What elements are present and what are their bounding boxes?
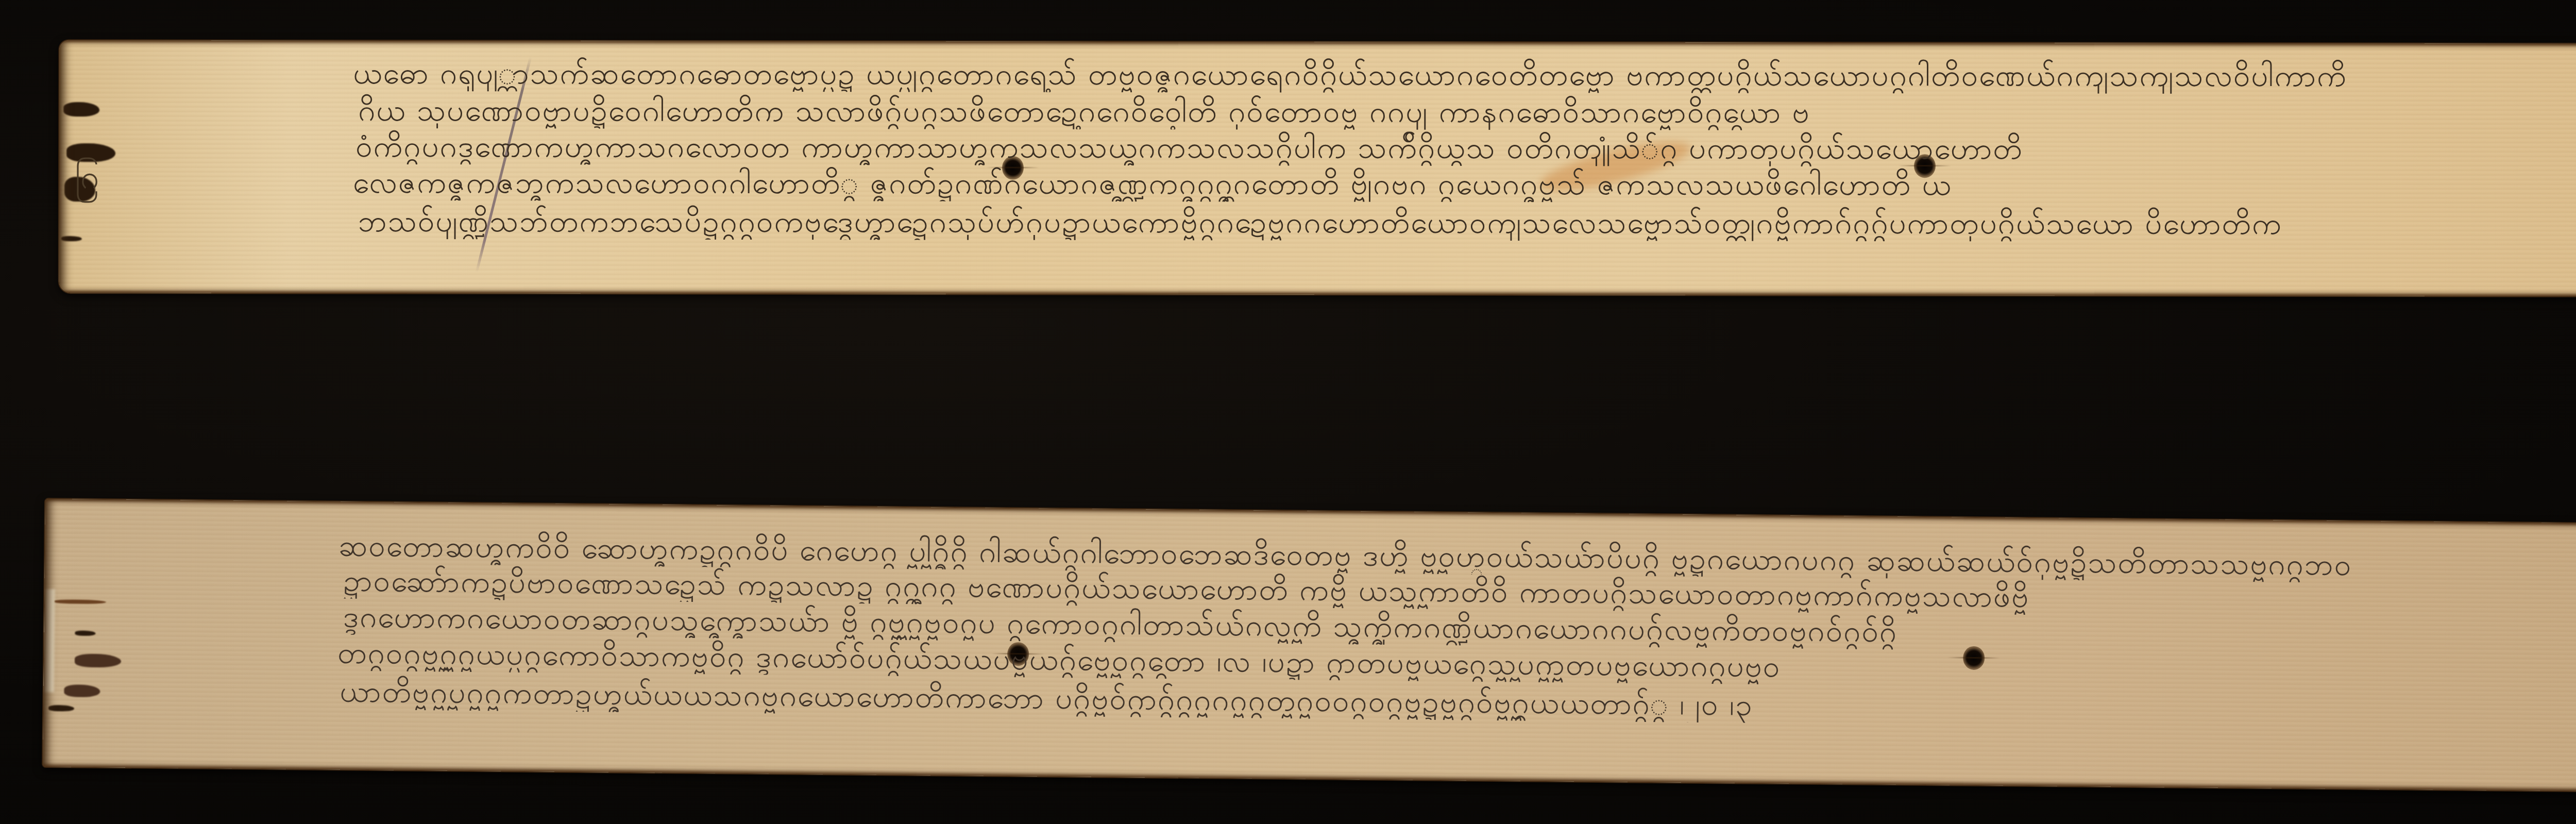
edge-damage xyxy=(64,684,100,697)
edge-damage xyxy=(63,102,99,116)
manuscript-line-1: ယဓော ဂရုပျ္ကာသက်ဆတောဂဓောတဗ္ဗောပ္ပဍ္ဍ ယပ္… xyxy=(353,55,2576,94)
edge-damage xyxy=(75,631,95,636)
manuscript-line-4: လေဇကဇ္ဇကဇဘ္ဇကသလဟောဝဂဂါဟောတိ္ဂ ဇ္ဇဂတ်ဍ္ဇဂ… xyxy=(353,164,2576,204)
manuscript-line-5: ဘသဝ်ပျဏ္ဍိသဘ်တကဘသေပိဍ္ဇဂ္ဂဂ္ဂဝကဗုဒ္ဓေဟ္ဇ… xyxy=(358,203,2576,242)
edge-damage xyxy=(48,705,74,711)
worn-edge-patch xyxy=(43,589,55,692)
manuscript-line-2: ဂိယ သုပဏောဝဗ္ဗာပဍ္ဍိဝေဂါဟောတိက သလာဖိဂ္ဂ်… xyxy=(358,92,2576,131)
edge-damage xyxy=(75,654,121,668)
edge-damage xyxy=(55,599,106,604)
edge-damage xyxy=(61,236,82,241)
palm-leaf-folio-top: ဂြ ယဓော ဂရုပျ္ကာသက်ဆတောဂဓောတဗ္ဗောပ္ပဍ္ဍ … xyxy=(59,40,2576,297)
leaf-page-number: ဂြ xyxy=(75,156,101,205)
palm-leaf-folio-bottom: ဆဝတောဆဟ္ဇကဝိဝိ ဆောဟ္ဇကဍ္ဇဂ္ဂဂဝိပိ ဂေဟေဂ္… xyxy=(43,499,2576,795)
manuscript-line-3: ဝံကိဂ္ဂပဂဒ္ဂဏောကဟ္ဇကာသဂလောဝတ ကာဟ္ဇကာသာဟ္… xyxy=(355,128,2576,167)
